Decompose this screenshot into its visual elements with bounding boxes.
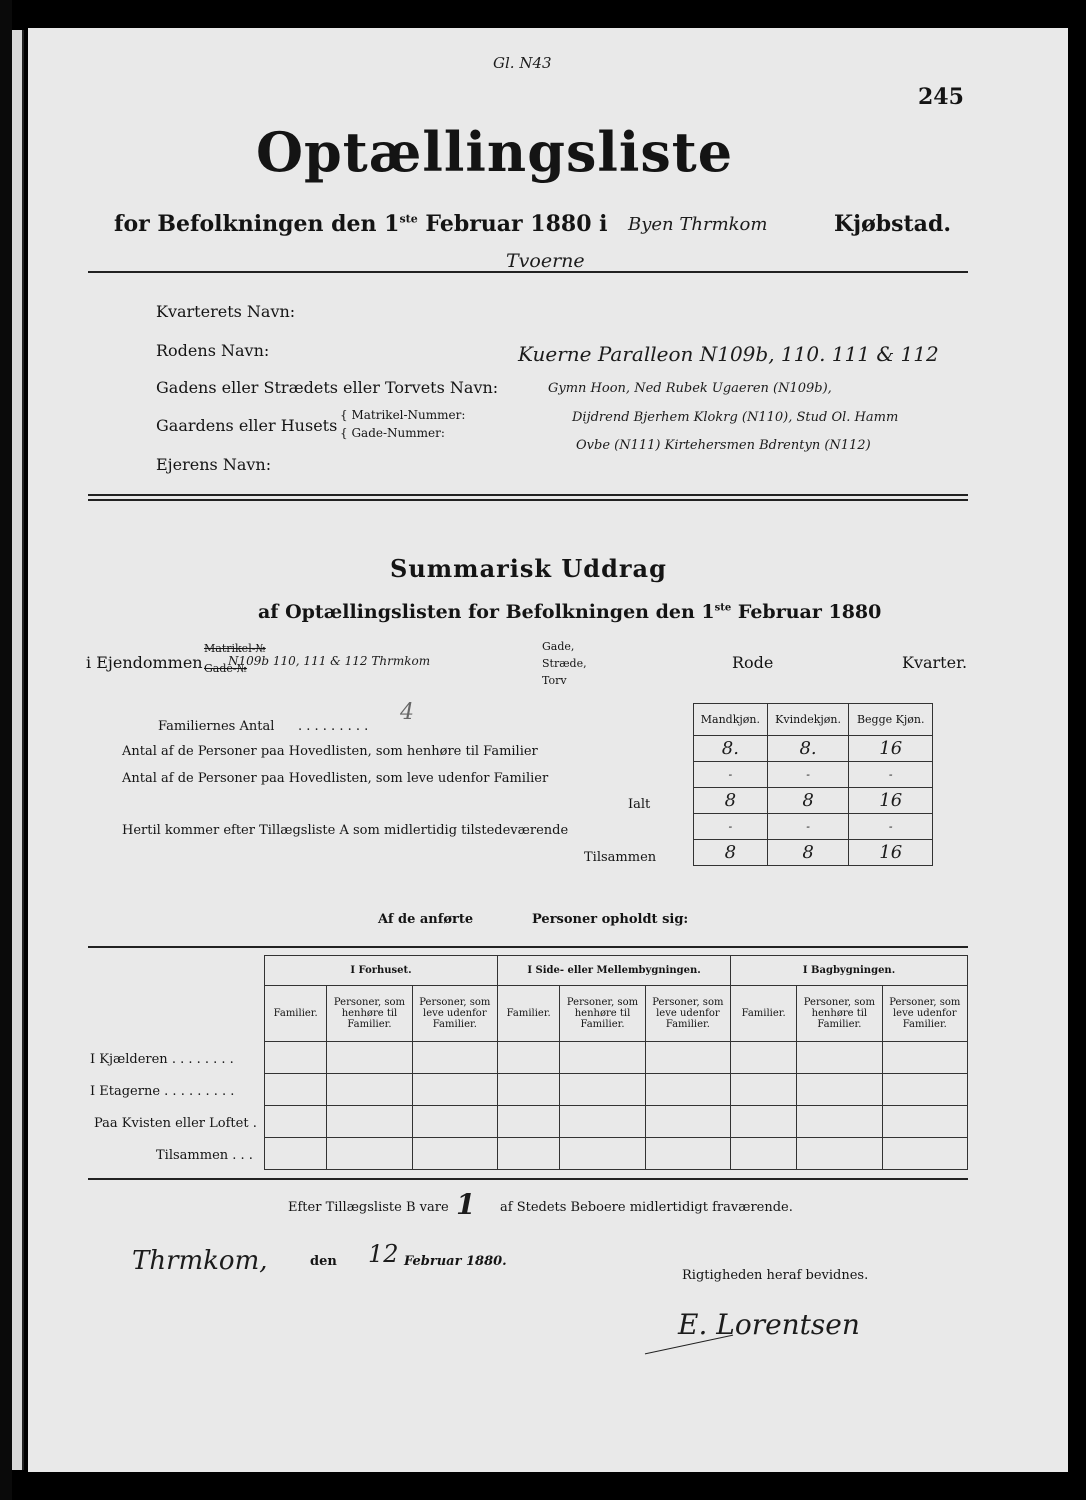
stay-heading-right: Personer opholdt sig: xyxy=(532,912,688,927)
col-header-begge: Begge Kjøn. xyxy=(849,704,933,736)
subcol: Personer, som henhøre til Familier. xyxy=(560,986,645,1042)
stay-bottom-rule xyxy=(88,1178,968,1180)
header-rule xyxy=(88,271,968,273)
summary-subheading-sup: ste xyxy=(715,603,732,614)
subcol: Familier. xyxy=(731,986,797,1042)
row-label-5: Tilsammen xyxy=(584,850,656,865)
certify-text: Rigtigheden heraf bevidnes. xyxy=(682,1268,868,1283)
cell: 8. xyxy=(767,736,849,762)
cell: 8 xyxy=(767,788,849,814)
subtitle-prefix: for Befolkningen den 1 xyxy=(114,211,399,237)
row-label-4: Hertil kommer efter Tillægsliste A som m… xyxy=(122,823,568,838)
archive-ref: Gl. N43 xyxy=(493,54,552,72)
familier-value: 4 xyxy=(400,700,414,725)
den-label: den xyxy=(310,1254,337,1269)
summary-subheading: af Optællingslisten for Befolkningen den… xyxy=(258,601,881,623)
cell: - xyxy=(767,762,849,788)
stay-row-label: I Etagerne xyxy=(90,1084,160,1099)
divider-rule-1 xyxy=(88,494,968,496)
cell: - xyxy=(767,814,849,840)
row-label-2: Antal af de Personer paa Hovedlisten, so… xyxy=(122,771,548,786)
month-year: Februar 1880. xyxy=(404,1254,507,1269)
stay-top-rule xyxy=(88,946,968,948)
stay-row-label: I Kjælderen xyxy=(90,1052,168,1067)
summary-subheading-prefix: af Optællingslisten for Befolkningen den… xyxy=(258,601,715,623)
address-hand-3: Dijdrend Bjerhem Klokrg (N110), Stud Ol.… xyxy=(572,410,898,425)
kvarter-label: Kvarter. xyxy=(902,653,967,672)
subcol: Personer, som henhøre til Familier. xyxy=(797,986,882,1042)
stay-heading-left: Af de anførte xyxy=(378,912,473,927)
street-type-gade: Gade, xyxy=(542,638,587,655)
ejendom-label: i Ejendommen xyxy=(86,653,203,672)
stay-row-label: Paa Kvisten eller Loftet xyxy=(94,1116,249,1131)
census-page: Gl. N43 245 Optællingsliste for Befolkni… xyxy=(28,28,1068,1472)
stay-row-kjaelder: I Kjælderen . . . . . . . . xyxy=(90,1052,234,1067)
label-kvarter: Kvarterets Navn: xyxy=(156,302,295,321)
row-label-1: Antal af de Personer paa Hovedlisten, so… xyxy=(122,744,538,759)
signature: E. Lorentsen xyxy=(678,1308,860,1341)
stay-table: I Forhuset. I Side- eller Mellembygninge… xyxy=(264,955,968,1170)
scan-edge xyxy=(12,30,24,1470)
district-handwritten: Tvoerne xyxy=(506,250,585,272)
tillaeg-suffix: af Stedets Beboere midlertidigt fraværen… xyxy=(500,1200,793,1215)
table-row: - - - xyxy=(694,814,933,840)
table-row: - - - xyxy=(694,762,933,788)
stay-row-kvist: Paa Kvisten eller Loftet . xyxy=(94,1116,257,1131)
col-header-kvinde: Kvindekjøn. xyxy=(767,704,849,736)
group-side: I Side- eller Mellembygningen. xyxy=(498,956,731,986)
day-handwritten: 12 xyxy=(368,1240,399,1268)
subtitle: for Befolkningen den 1ste Februar 1880 i xyxy=(114,211,608,237)
address-hand-2: Gymn Hoon, Ned Rubek Ugaeren (N109b), xyxy=(548,381,832,396)
familier-dots: . . . . . . . . . xyxy=(298,719,368,734)
cell: 8. xyxy=(694,736,768,762)
ejendom-handwritten: N109b 110, 111 & 112 Thrmkom xyxy=(228,654,430,668)
subtitle-date: Februar 1880 i xyxy=(425,211,607,237)
col-header-mand: Mandkjøn. xyxy=(694,704,768,736)
table-row: 8 8 16 xyxy=(694,840,933,866)
divider-rule-2 xyxy=(88,499,968,501)
cell: 16 xyxy=(849,840,933,866)
label-gade: Gadens eller Strædets eller Torvets Navn… xyxy=(156,378,498,397)
rode-label: Rode xyxy=(732,653,773,672)
subtitle-suffix: Kjøbstad. xyxy=(834,211,951,237)
city-handwritten: Byen Thrmkom xyxy=(628,214,767,235)
table-row xyxy=(265,1042,968,1074)
scan-border xyxy=(0,0,12,1500)
cell: - xyxy=(694,762,768,788)
address-hand-4: Ovbe (N111) Kirtehersmen Bdrentyn (N112) xyxy=(576,438,871,453)
subcol: Personer, som leve udenfor Familier. xyxy=(645,986,730,1042)
stay-row-label: Tilsammen xyxy=(156,1148,228,1163)
cell: - xyxy=(694,814,768,840)
page-number: 245 xyxy=(918,84,964,110)
stay-row-etager: I Etagerne . . . . . . . . . xyxy=(90,1084,234,1099)
place-handwritten: Thrmkom, xyxy=(132,1246,268,1276)
table-row xyxy=(265,1106,968,1138)
subtitle-sup: ste xyxy=(399,213,417,226)
group-bag: I Bagbygningen. xyxy=(731,956,968,986)
counts-table: Mandkjøn. Kvindekjøn. Begge Kjøn. 8. 8. … xyxy=(693,703,933,866)
row-label-3: Ialt xyxy=(628,797,650,812)
label-rode: Rodens Navn: xyxy=(156,341,269,360)
cell: - xyxy=(849,762,933,788)
tillaeg-value: 1 xyxy=(456,1188,475,1221)
label-matrikel: Matrikel-Nummer: xyxy=(351,408,465,422)
table-row: 8 8 16 xyxy=(694,788,933,814)
label-gaard: Gaardens eller Husets xyxy=(156,416,337,435)
tillaeg-prefix: Efter Tillægsliste B vare xyxy=(288,1200,449,1215)
street-type-torv: Torv xyxy=(542,672,587,689)
table-row xyxy=(265,1074,968,1106)
street-types: Gade, Stræde, Torv xyxy=(542,638,587,689)
cell: 8 xyxy=(694,788,768,814)
cell: - xyxy=(849,814,933,840)
table-row xyxy=(265,1138,968,1170)
page-title: Optællingsliste xyxy=(256,120,733,184)
subcol: Personer, som henhøre til Familier. xyxy=(327,986,412,1042)
group-forhuset: I Forhuset. xyxy=(265,956,498,986)
table-row: 8. 8. 16 xyxy=(694,736,933,762)
subcol: Familier. xyxy=(498,986,560,1042)
label-gadenr: Gade-Nummer: xyxy=(351,426,444,440)
familier-label: Familiernes Antal xyxy=(158,719,274,734)
street-type-straede: Stræde, xyxy=(542,655,587,672)
address-hand-1: Kuerne Paralleon N109b, 110. 111 & 112 xyxy=(518,342,939,366)
subcol: Personer, som leve udenfor Familier. xyxy=(882,986,967,1042)
summary-heading: Summarisk Uddrag xyxy=(390,554,667,583)
subcol: Personer, som leve udenfor Familier. xyxy=(412,986,497,1042)
subcol: Familier. xyxy=(265,986,327,1042)
cell: 8 xyxy=(694,840,768,866)
label-ejer: Ejerens Navn: xyxy=(156,455,271,474)
cell: 8 xyxy=(767,840,849,866)
summary-subheading-suffix: Februar 1880 xyxy=(738,601,881,623)
cell: 16 xyxy=(849,788,933,814)
stay-row-tilsammen: Tilsammen . . . xyxy=(156,1148,253,1163)
cell: 16 xyxy=(849,736,933,762)
matrikel-gade-labels: { Matrikel-Nummer: { Gade-Nummer: xyxy=(340,406,465,442)
